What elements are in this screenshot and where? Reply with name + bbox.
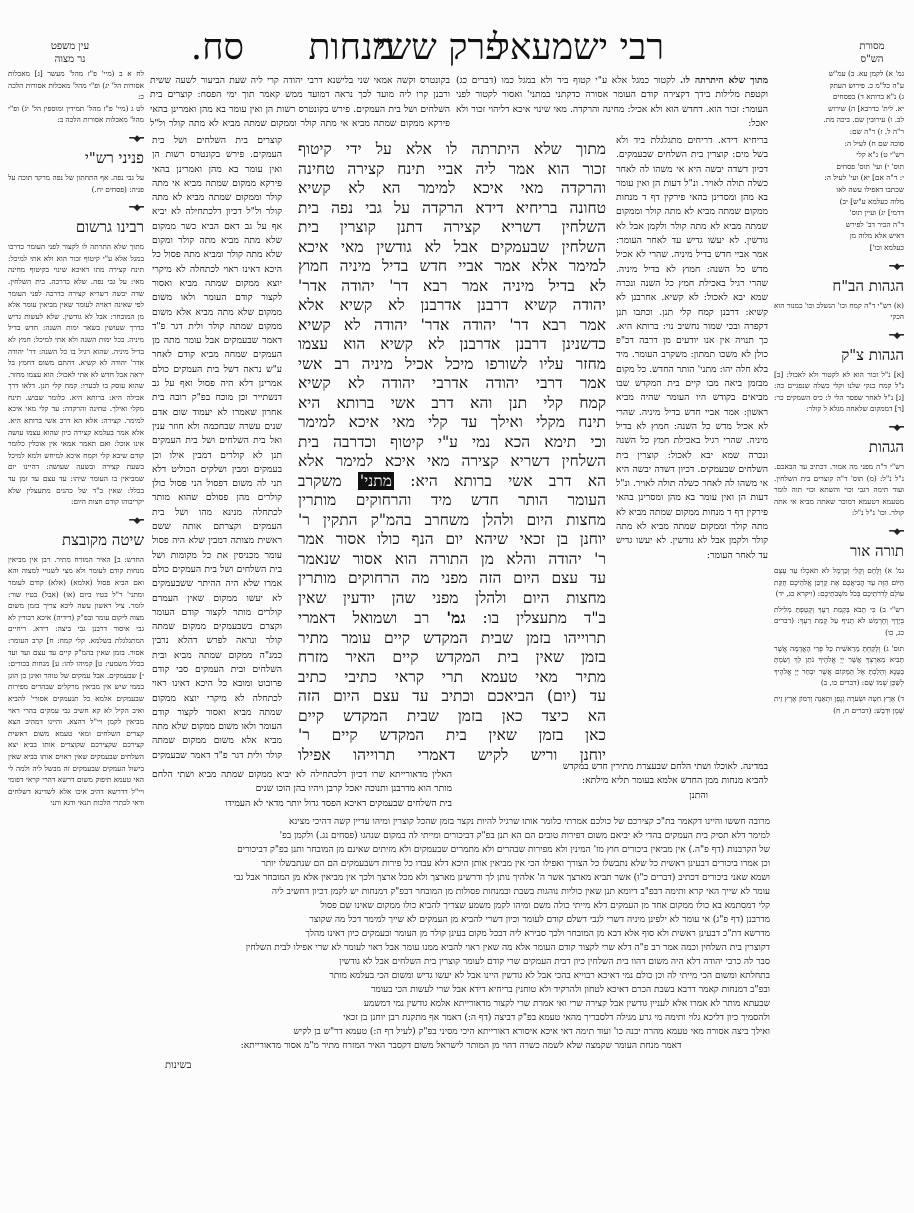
masoret-line: יא. לית' כדרבא] ה) שירוש: [774, 103, 904, 115]
tosafot-line: דקוצרין בית השלחין וכמה אמר רב פ"ה דלא ש…: [152, 941, 770, 955]
masoret-line: גמ' א) לקמן עא. ב) עמ"ש: [774, 68, 904, 80]
hagahot-tzk-title: הגהות צ"ק: [774, 345, 904, 365]
gemara-line: מחצות היום ולהלן משחרב בהמ"ק התקין ר': [298, 511, 606, 531]
hagahot-title: הגהות: [774, 437, 904, 457]
gemara-line: כאן בזמן שאין בית המקדש קיים ר': [298, 726, 606, 746]
pninei-rashi-text: על גבי נפה. אף התחתון של נפה מרקד תוכה ע…: [8, 172, 144, 195]
masoret-line: תוס' י) ועי' תוס' פסחים: [774, 161, 904, 173]
chapter-name: רבי ישמעאל: [493, 28, 664, 68]
masoret-line: דדמי] יג) ועיין תוס': [774, 207, 904, 219]
gemara-line: מתוך שלא היתרתה לו אלא על ידי קיטוף: [298, 140, 606, 160]
gemara-line: השלחין דשריא קצירה מאי איכא למימר אלא: [298, 452, 606, 472]
gemara-line: יוחנן בן זכאי שיהא יום הנף כולו אסור אמר: [298, 530, 606, 550]
rashi-commentary-lower: במדינה. לאוכלו ושתי הלחם שבעצרת מתירין ח…: [468, 760, 768, 810]
divider-ornament: ━◆━: [774, 527, 904, 537]
masoret-line: ע"ה כל"מ כ. פירוש העתק: [774, 80, 904, 92]
tosafot-commentary-wide: מרובה חששו והיינו דקאמר בת"כ קצירכם של כ…: [152, 815, 770, 1055]
rashi-text: להביא מנחות ממן החדש אלמא בעומר תליא מיל…: [468, 774, 768, 788]
gemara-line: העומר הותר חדש מיד והרחוקים מותרין: [298, 491, 606, 511]
masoret-line: דאיש אלא מלוה מן: [774, 230, 904, 242]
hagahot-tzk-text: [א] נ"ל זכור הוא לא לקטור ולא לאכול: [ב]…: [774, 369, 904, 415]
gemara-line: זכור הוא אמר ליה אביי תינח קצירה טחינה: [298, 160, 606, 180]
gemara-text: הא דרב אשי ברותא היא:: [410, 472, 606, 490]
masoret-line: שכתבו דאפילו עשה לאו: [774, 184, 904, 196]
torah-or-title: תורה אור: [774, 541, 904, 561]
ein-mishpat-text: לח א ב (מיי' פ"ז מהל' מעשר [ג] מאכלות אס…: [8, 68, 144, 126]
tosafot-line: מרובה חששו והיינו דקאמר בת"כ קצירכם של כ…: [152, 815, 770, 829]
torah-or-verse: רש"י ב) כִּי תָבֹא בְּקָמַת רֵעֶךָ וְקָט…: [774, 604, 904, 639]
gemara-text: ב"ד מתעצלין בו:: [482, 609, 606, 627]
gemara-line: הא כיצד כאן בזמן שבית המקדש קיים: [298, 707, 606, 727]
tosafot-text: ואל בית השלחים ושל בית העמקים תנן לא קול…: [152, 435, 282, 475]
folio-number: סח.: [191, 28, 244, 68]
rabbeinu-gershom-text: מתוך שלא התרתה לו לקצור לפני העומר כדרכו…: [8, 241, 144, 508]
chapter-number: פרק ששי: [376, 28, 504, 68]
divider-ornament: ━◆━: [774, 262, 904, 272]
rashi-catchword: והתנן: [468, 789, 768, 803]
gemara-line: והרקדה מאי איכא למימר הא לא קשיא: [298, 179, 606, 199]
right-margin: גמ' א) לקמן עא. ב) עמ"ש ע"ה כל"מ כ. פירו…: [774, 68, 904, 1138]
shita-mekubetzet-text: החדש: ב] האיר המזרח מתיר. רבן אין מביאין…: [8, 554, 144, 809]
masoret-line: מלוה כעלמא ע"ש] יב): [774, 196, 904, 208]
gemara-main-text: מתוך שלא היתרתה לו אלא על ידי קיטוף זכור…: [298, 140, 606, 768]
rashi-text: קוצרין בית השלחים שבעמקים. דכיון דשדה יב…: [616, 149, 768, 246]
gemara-line: טחונה בריחיא דידא הרקדה על גבי נפה בית: [298, 199, 606, 219]
masoret-line: רש"י ט) נ"א קלי: [774, 149, 904, 161]
tosafot-line: קלי דמסתמא בא כולו ממקום אחד מן העמקים ד…: [152, 899, 770, 913]
page-header: מסורת הש"ס רבי ישמעאל פרק ששי מנחות סח. …: [0, 0, 914, 66]
gemara-line: עד עצם היום הזה מפני מה הרחוקים מותרין: [298, 569, 606, 589]
tosafot-line: דאמר מנחת העומר שקמצה שלא לשמה כשרה דהוי…: [152, 1039, 770, 1053]
gemara-text: רב ושמואל דאמרי: [298, 609, 429, 627]
tosafot-line: שבעתא מותר לא אמרו אלא לעניין גודשין אבל…: [152, 997, 770, 1011]
tosafot-line: ואילך ביצה אסורה מאי טעמא מהרה יבנה כו' …: [152, 1025, 770, 1039]
gemara-line: קמח קלי תנן והא דרב אשי ברותא היא: [298, 394, 606, 414]
gemara-line: השלחין דשריא קצירה דתנן קוצרין בית: [298, 218, 606, 238]
torah-or-verse: תוס' ג) וְלָקַחְתָּ מֵרֵאשִׁית כָּל פְּר…: [774, 643, 904, 689]
tosafot-text: האלין מדאורייתא שרו דכיון דלכתחילה לא יב…: [152, 768, 452, 797]
gemara-line: תינח מקלי ואילך עד קלי מאי איכא למימר: [298, 413, 606, 433]
rashi-commentary-column: בריחיא דידא. דריחים מתגלגלת ביד ולא בשל …: [616, 134, 768, 759]
tosafot-text: כל היכא דאינו ראוי לכתחלה לא מיקרי יוצא …: [152, 249, 282, 360]
gemara-line: בזמן שאין בית המקדש קיים האיר מזרח: [298, 648, 606, 668]
rashi-commentary: מתוך שלא היתרתה לו. לקטור כמגל אלא ע"י ק…: [456, 74, 768, 132]
rashi-text: קוצרין בית השלחים שבעמקים. דכיון דשדה יב…: [616, 450, 768, 561]
gemara-label: גמ': [446, 608, 465, 627]
gemara-line: אמר דרבי יהודה אדרבי יהודה לא קשיא: [298, 374, 606, 394]
gemara-line: אמר רבא דר' יהודה אדר' יהודה לא קשיא: [298, 316, 606, 336]
rashi-dibur-hamatchil: מתוך שלא היתרתה לו.: [680, 75, 768, 86]
hagahot-bach-text: (א) רש"י ד"ה קמח וכו' הנשלכ וכו' כמנור ה…: [774, 300, 904, 323]
tosafot-line: למימר דלא תסיק בית העמקים בהדי לא יביאם …: [152, 829, 770, 843]
torah-or-verse: ד) אֶרֶץ חִטָּה וּשְׂעֹרָה וְגֶפֶן וּתְא…: [774, 693, 904, 716]
shita-mekubetzet-title: שיטה מקובצת: [8, 530, 144, 550]
tosafot-line: ובפ"ב דמנחות קאמר דרבא בשבת הכרם דאיכא ל…: [152, 983, 770, 997]
masoret-line: כעלמא וכו']: [774, 242, 904, 254]
rashi-text: זכור הוא. דחדש הוא ולא אכיל:: [627, 104, 739, 115]
hagahot-text: רש"י ד"ה מפני מה אמור. דכתיב עד הבאכם. נ…: [774, 461, 904, 519]
pninei-rashi-title: פניני רש"י: [8, 148, 144, 168]
gemara-line: מחזר עליו לשורפו מיכל אכיל מיניה רב אשי: [298, 355, 606, 375]
tosafot-line: בתחלתא ומשום הכי מייתי לה וכן כולם נמי ד…: [152, 969, 770, 983]
gemara-text: משקרב: [298, 472, 342, 490]
masoret-line: לב. ו) עירובין שם. ביכה מת.: [774, 114, 904, 126]
hagahot-bach-title: הגהות הב"ח: [774, 276, 904, 296]
tosafot-text: בקונטרס וקשה אמאי שני בלישנא דרבי יהודה …: [150, 75, 450, 100]
masoret-hashas-label: מסורת הש"ס: [842, 40, 902, 66]
tosafot-text: קוצרים בית השלחים ושל בית העמקים. פירש ב…: [152, 135, 282, 260]
divider-ornament: ━◆━: [8, 203, 144, 213]
gemara-line: ר' יהודה והלא מן התורה הוא אסור שנאמר: [298, 550, 606, 570]
gemara-line: כדשנינן דרבנן אדרבנן לא קשיא הוא עצמו: [298, 335, 606, 355]
gemara-line: מתיר מאי טעמא תרי קראי כתיבי כתיב: [298, 668, 606, 688]
masoret-line: סוכה שם ח) לעיל ה:: [774, 138, 904, 150]
gemara-line: הא דרב אשי ברותא היא: מתני' משקרב: [298, 472, 606, 492]
gemara-line: מחצות היום ולהלן מפני שהן יודעין שאין: [298, 589, 606, 609]
tosafot-line: וכן אמרו ביכורים דבעינן ראשית כל שלא נתב…: [152, 857, 770, 871]
rashi-text: במדינה. לאוכלו ושתי הלחם שבעצרת מתירין ח…: [468, 760, 768, 774]
tosafot-line: ולהסמיך כיון דליכא גלוי ותימה מי גרע מגי…: [152, 1011, 770, 1025]
rabbeinu-gershom-title: רבינו גרשום: [8, 217, 144, 237]
tosafot-line: עומר לא שייך האי קרא ותימה דבפ"ב דיומא ת…: [152, 885, 770, 899]
divider-ornament: ━◆━: [8, 134, 144, 144]
gemara-line: ב"ד מתעצלין בו: גמ' רב ושמואל דאמרי: [298, 608, 606, 629]
gemara-line: יהודה קשיא דרבנן אדרבנן לא קשיא אלא: [298, 296, 606, 316]
masoret-line: י: ד"ה אם] יא) ועי' לעיל ה:: [774, 172, 904, 184]
divider-ornament: ━◆━: [774, 331, 904, 341]
ein-mishpat-label: עין משפט נר מצוה: [30, 40, 110, 66]
gemara-line: למימר אלא אמר אביי חדש בדיל מיניה חמוץ: [298, 257, 606, 277]
divider-ornament: ━◆━: [8, 516, 144, 526]
gemara-line: וכי תימא הכא נמי ע"י קיטוף וכדרבה בית: [298, 433, 606, 453]
tosafot-commentary: בקונטרס וקשה אמאי שני בלישנא דרבי יהודה …: [150, 74, 450, 132]
torah-or-verse: גמ' א) וְלֶחֶם וְקָלִי וְכַרְמֶל לֹא תֹא…: [774, 565, 904, 600]
left-margin: לח א ב (מיי' פ"ז מהל' מעשר [ג] מאכלות אס…: [8, 68, 144, 1138]
tosafot-line: של הקרבנות (דף פ"ה.) אין מביאין ביכורים …: [152, 843, 770, 857]
tosafot-line: מדרבנן (דף פ"ג) אי עומר לא ילפינן מיניה …: [152, 913, 770, 927]
gemara-line: עד (יום) הביאכם וכתיב עד עצם היום הזה: [298, 687, 606, 707]
tosafot-line: סבר לה כרבי יהודה דלא היה משום דהוו בית …: [152, 955, 770, 969]
divider-ornament: ━◆━: [774, 423, 904, 433]
masoret-line: ר"ה ל. ז) ר"ה שם:: [774, 126, 904, 138]
matni-label: מתני': [358, 472, 394, 490]
tosafot-line: מדרשא דת"כ דבעינן ראשית ולא סוף אלא דבא …: [152, 927, 770, 941]
gemara-line: לא בדיל מיניה אמר רבא דר' יהודה אדר': [298, 277, 606, 297]
tosafot-commentary-lower: האלין מדאורייתא שרו דכיון דלכתחילה לא יב…: [152, 768, 452, 810]
tosafot-text: כל היכא דאינו ראוי לכתחלה לא מיקרי יוצא …: [152, 678, 282, 759]
gemara-line: השלחין שבעמקים אבל לא גודשין מאי איכא: [298, 238, 606, 258]
masoret-hashas-references: גמ' א) לקמן עא. ב) עמ"ש ע"ה כל"מ כ. פירו…: [774, 68, 904, 254]
masoret-line: ג) נ"א ברותא ד) בפסחים: [774, 91, 904, 103]
tosafot-commentary-column: קוצרים בית השלחים ושל בית העמקים. פירש ב…: [152, 134, 282, 759]
tosafot-line: ושמא שאני ביכורים דכתיב (דברים כ"ו) אשר …: [152, 871, 770, 885]
tractate-name: מנחות: [308, 28, 394, 68]
page-catchword: בשינות: [165, 1060, 191, 1071]
masoret-line: ד"ה הכיר דב' לפירש: [774, 219, 904, 231]
tosafot-text: בית השלחים שבעמקים דאיכא הפסד גדול יותר …: [152, 797, 452, 810]
gemara-line: תרוייהו בזמן שבית המקדש קיים עומר מתיר: [298, 629, 606, 649]
